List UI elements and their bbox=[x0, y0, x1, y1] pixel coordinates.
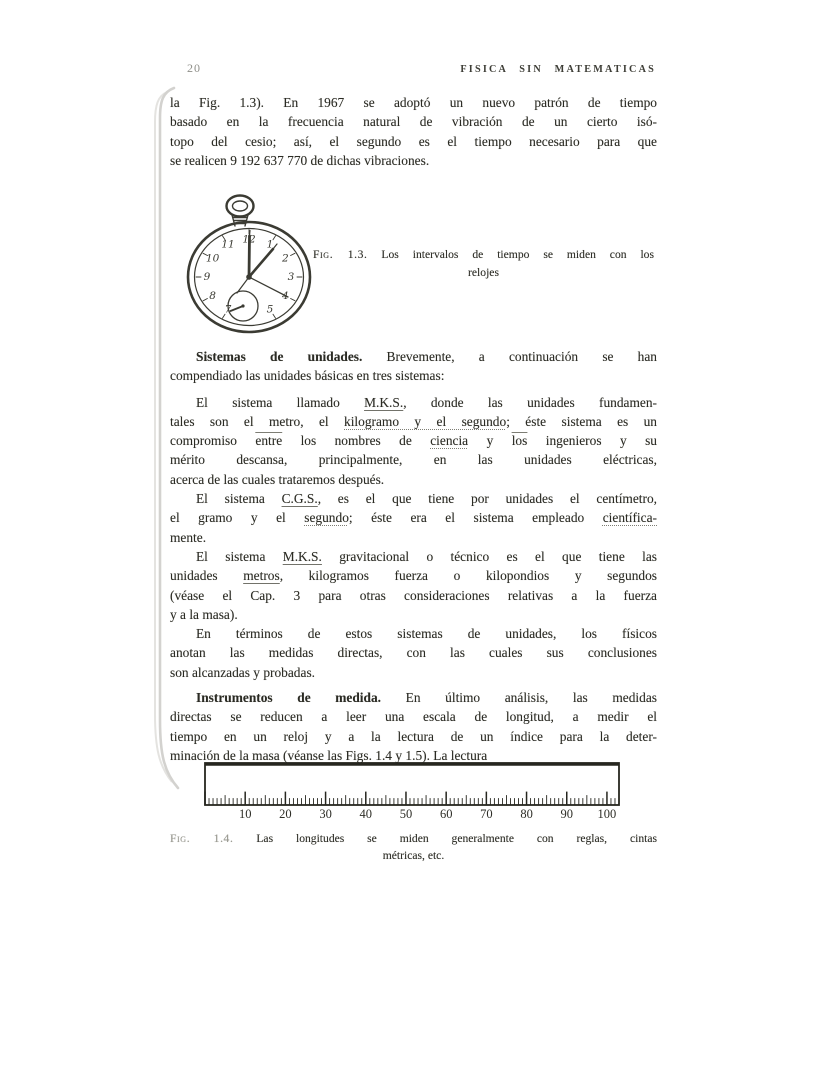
paragraph: El sistema C.G.S., es el que tiene por u… bbox=[170, 489, 657, 547]
ruler-ticks bbox=[205, 792, 619, 805]
dial-number: 5 bbox=[267, 304, 274, 316]
text-line: Fig. 1.4. Las longitudes se miden genera… bbox=[170, 830, 657, 847]
paragraph: En términos de estos sistemas de unidade… bbox=[170, 624, 657, 682]
ruler-scale-label: 60 bbox=[440, 807, 453, 821]
text-line: En términos de estos sistemas de unidade… bbox=[170, 624, 657, 643]
text-line: compromiso entre los nombres de ciencia … bbox=[170, 431, 657, 450]
hour-tick bbox=[291, 253, 295, 255]
hour-tick bbox=[291, 299, 295, 301]
ruler-scale-label: 90 bbox=[560, 807, 573, 821]
text-segment: ; éste sistema es un bbox=[506, 414, 657, 429]
text-segment: tales son el metro, el bbox=[170, 414, 344, 429]
text-line: topo del cesio; así, el segundo es el ti… bbox=[170, 132, 657, 151]
text-segment: ; éste era el sistema empleado bbox=[349, 510, 603, 525]
text-segment: directas se reducen a leer una escala de… bbox=[170, 709, 657, 724]
dial-number: 9 bbox=[204, 271, 211, 283]
text-line: son alcanzadas y probadas. bbox=[170, 663, 657, 682]
text-segment: , es el que tiene por unidades el centím… bbox=[318, 491, 657, 506]
scanned-book-page: 20 FISICA SIN MATEMATICAS la Fig. 1.3). … bbox=[0, 0, 828, 1071]
text-segment: , kilogramos fuerza o kilopondios y segu… bbox=[280, 568, 657, 583]
dial-number: 4 bbox=[281, 290, 289, 302]
text-line: (véase el Cap. 3 para otras consideracio… bbox=[170, 586, 657, 605]
ruler-scale-label: 100 bbox=[598, 807, 617, 821]
page-number: 20 bbox=[187, 61, 201, 76]
text-segment: Los intervalos de tiempo se miden con lo… bbox=[368, 248, 654, 261]
text-line: unidades metros, kilogramos fuerza o kil… bbox=[170, 566, 657, 585]
text-segment: científica- bbox=[603, 510, 657, 525]
text-segment: M.K.S. bbox=[364, 395, 403, 410]
pocket-watch-illustration: 12123457891011 bbox=[180, 194, 320, 339]
ruler-illustration: 102030405060708090100 bbox=[203, 760, 625, 824]
watch-bow-inner bbox=[233, 201, 248, 211]
text-segment: se realicen 9 192 637 770 de dichas vibr… bbox=[170, 153, 429, 168]
running-title: FISICA SIN MATEMATICAS bbox=[460, 64, 656, 75]
text-line: el gramo y el segundo; éste era el siste… bbox=[170, 508, 657, 527]
dial-number: 1 bbox=[267, 239, 274, 251]
text-line: se realicen 9 192 637 770 de dichas vibr… bbox=[170, 151, 657, 170]
paragraph: Instrumentos de medida. En último anális… bbox=[170, 688, 657, 765]
text-segment: Instrumentos de medida. bbox=[196, 690, 381, 705]
hour-tick bbox=[203, 299, 207, 301]
text-segment: En términos de estos sistemas de unidade… bbox=[196, 626, 657, 641]
text-line: El sistema llamado M.K.S., donde las uni… bbox=[170, 393, 657, 412]
ruler-scale-label: 40 bbox=[360, 807, 373, 821]
text-segment: los bbox=[512, 433, 528, 448]
text-line: mente. bbox=[170, 528, 657, 547]
text-segment: unidades bbox=[170, 568, 243, 583]
text-line: acerca de las cuales trataremos después. bbox=[170, 470, 657, 489]
text-segment: entre bbox=[255, 433, 282, 448]
text-segment: compromiso bbox=[170, 433, 255, 448]
text-line: El sistema C.G.S., es el que tiene por u… bbox=[170, 489, 657, 508]
text-segment: topo del cesio; así, el segundo es el ti… bbox=[170, 134, 657, 149]
text-segment: relojes bbox=[468, 266, 499, 279]
figure-1-4: 102030405060708090100 bbox=[203, 760, 625, 829]
text-segment: mente. bbox=[170, 530, 206, 545]
text-segment: basado en la frecuencia natural de vibra… bbox=[170, 114, 657, 129]
text-line: tiempo en un reloj y a la lectura de un … bbox=[170, 727, 657, 746]
text-segment: Las longitudes se miden generalmente con… bbox=[233, 832, 657, 845]
text-segment: Fig. 1.4. bbox=[170, 832, 233, 845]
paragraph: El sistema M.K.S. gravitacional o técnic… bbox=[170, 547, 657, 624]
text-segment: En último análisis, las medidas bbox=[381, 690, 657, 705]
ruler-scale-label: 10 bbox=[239, 807, 252, 821]
dial-number: 10 bbox=[206, 252, 220, 264]
body-paragraphs-block: Sistemas de unidades. Brevemente, a cont… bbox=[170, 347, 657, 765]
text-segment: los nombres de bbox=[282, 433, 430, 448]
hands-center-pin bbox=[246, 274, 252, 280]
text-line: Sistemas de unidades. Brevemente, a cont… bbox=[170, 347, 657, 366]
text-line: métricas, etc. bbox=[170, 847, 657, 864]
ruler-scale-labels: 102030405060708090100 bbox=[239, 807, 616, 821]
text-segment: El sistema bbox=[196, 491, 282, 506]
text-segment: anotan las medidas directas, con las cua… bbox=[170, 645, 657, 660]
hour-tick bbox=[273, 314, 276, 318]
text-segment: mérito descansa, principalmente, en las … bbox=[170, 452, 657, 467]
text-segment: el gramo y el bbox=[170, 510, 304, 525]
intro-paragraph-block: la Fig. 1.3). En 1967 se adoptó un nuevo… bbox=[170, 93, 657, 170]
text-segment: tiempo en un reloj y a la lectura de un … bbox=[170, 729, 657, 744]
text-line: anotan las medidas directas, con las cua… bbox=[170, 643, 657, 662]
figure-1-4-caption: Fig. 1.4. Las longitudes se miden genera… bbox=[170, 830, 657, 864]
paragraph: la Fig. 1.3). En 1967 se adoptó un nuevo… bbox=[170, 93, 657, 170]
text-line: El sistema M.K.S. gravitacional o técnic… bbox=[170, 547, 657, 566]
text-segment: El sistema llamado bbox=[196, 395, 364, 410]
text-segment: metros bbox=[243, 568, 279, 583]
text-segment: son alcanzadas y probadas. bbox=[170, 665, 315, 680]
text-segment: compendiado las unidades básicas en tres… bbox=[170, 368, 444, 383]
paragraph: El sistema llamado M.K.S., donde las uni… bbox=[170, 393, 657, 489]
text-segment: ciencia bbox=[430, 433, 468, 448]
dial-number: 3 bbox=[288, 271, 295, 283]
figure-1-3-caption: Fig. 1.3. Los intervalos de tiempo se mi… bbox=[313, 246, 654, 281]
text-segment: Sistemas de unidades. bbox=[196, 349, 362, 364]
text-line: Fig. 1.3. Los intervalos de tiempo se mi… bbox=[313, 246, 654, 264]
subdial-pin bbox=[241, 304, 244, 307]
dial-number: 11 bbox=[221, 239, 234, 251]
text-segment: M.K.S. bbox=[283, 549, 322, 564]
text-line: y a la masa). bbox=[170, 605, 657, 624]
text-segment: Fig. 1.3. bbox=[313, 248, 368, 261]
watch-bow-outer bbox=[227, 196, 254, 217]
ruler-scale-label: 80 bbox=[520, 807, 533, 821]
ruler-scale-label: 20 bbox=[279, 807, 292, 821]
ruler-scale-label: 50 bbox=[400, 807, 413, 821]
dial-number: 7 bbox=[225, 304, 232, 316]
ruler-scale-label: 70 bbox=[480, 807, 493, 821]
text-segment: y bbox=[468, 433, 512, 448]
text-segment: ingenieros y su bbox=[527, 433, 657, 448]
ruler-body bbox=[205, 763, 619, 805]
dial-number: 12 bbox=[242, 234, 256, 246]
hour-hand-tip bbox=[273, 244, 277, 249]
text-segment: El sistema bbox=[196, 549, 283, 564]
text-line: tales son el metro, el kilogramo y el se… bbox=[170, 412, 657, 431]
text-segment: métricas, etc. bbox=[383, 849, 444, 862]
text-segment: C.G.S. bbox=[282, 491, 318, 506]
hour-tick bbox=[273, 236, 276, 240]
text-segment: la Fig. 1.3). En 1967 se adoptó un nuevo… bbox=[170, 95, 657, 110]
text-segment: y a la masa). bbox=[170, 607, 238, 622]
text-segment: Brevemente, a continuación se han bbox=[362, 349, 657, 364]
text-line: compendiado las unidades básicas en tres… bbox=[170, 366, 657, 385]
text-segment: segundo bbox=[304, 510, 349, 525]
text-segment: , donde las unidades fundamen- bbox=[403, 395, 657, 410]
ruler-scale-label: 30 bbox=[319, 807, 332, 821]
dial-number: 8 bbox=[209, 290, 216, 302]
text-line: mérito descansa, principalmente, en las … bbox=[170, 450, 657, 469]
text-segment: gravitacional o técnico es el que tiene … bbox=[322, 549, 657, 564]
subdial-hand bbox=[231, 306, 244, 311]
text-segment: (véase el Cap. 3 para otras consideracio… bbox=[170, 588, 657, 603]
hour-hand bbox=[249, 249, 273, 277]
text-line: basado en la frecuencia natural de vibra… bbox=[170, 112, 657, 131]
dial-number: 2 bbox=[281, 252, 289, 264]
text-segment: acerca de las cuales trataremos después. bbox=[170, 472, 384, 487]
text-segment: kilogramo y el segundo bbox=[344, 414, 506, 429]
text-line: relojes bbox=[313, 264, 654, 282]
text-line: Instrumentos de medida. En último anális… bbox=[170, 688, 657, 707]
text-line: directas se reducen a leer una escala de… bbox=[170, 707, 657, 726]
paragraph: Sistemas de unidades. Brevemente, a cont… bbox=[170, 347, 657, 386]
text-line: la Fig. 1.3). En 1967 se adoptó un nuevo… bbox=[170, 93, 657, 112]
